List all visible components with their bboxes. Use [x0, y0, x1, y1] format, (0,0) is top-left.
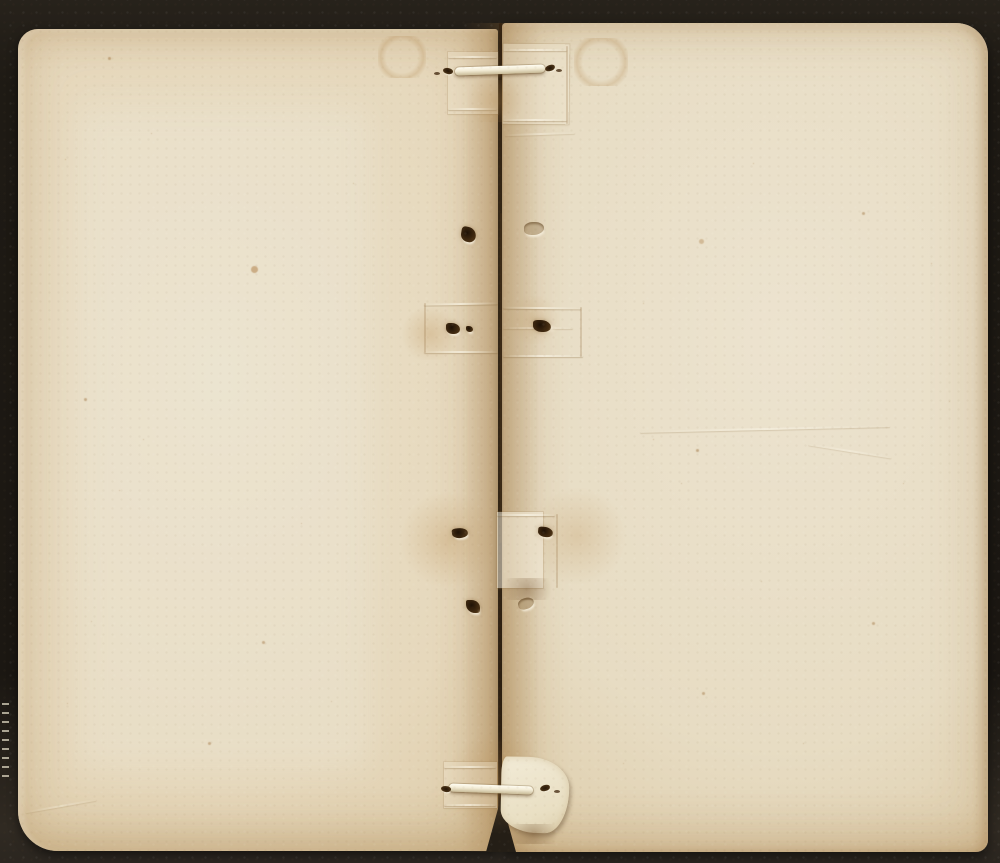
- spine-label-fragment: [2, 703, 9, 779]
- tape-crease: [503, 49, 567, 51]
- tape-crease: [444, 804, 496, 806]
- staple-mark: [556, 69, 562, 72]
- tape-edge: [424, 303, 426, 353]
- tape-repair-top-right: [503, 44, 570, 125]
- tape-crease: [497, 514, 555, 516]
- gutter-line-top: [499, 23, 502, 213]
- tape-edge: [580, 307, 582, 357]
- right-page: [502, 23, 988, 852]
- book-scan: [0, 0, 1000, 863]
- staple-mark: [554, 790, 560, 793]
- punch-hole: [446, 323, 460, 334]
- tape-crease: [503, 119, 567, 121]
- tape-crease: [448, 108, 497, 110]
- tape-repair-top-left: [448, 52, 498, 114]
- punch-hole: [533, 320, 551, 332]
- tape-crease: [503, 355, 583, 357]
- tape-crease: [448, 56, 497, 58]
- tape-edge: [556, 514, 558, 588]
- tape-crease: [424, 351, 498, 353]
- tape-edge: [566, 46, 568, 124]
- tape-crease: [444, 766, 496, 768]
- foxing-spots-right: [0, 0, 3, 3]
- foxing-spots-left: [0, 0, 3, 3]
- show-through-area: [78, 107, 370, 769]
- tape-repair-lower: [497, 512, 543, 588]
- left-page: [18, 29, 498, 851]
- punch-hole: [466, 326, 473, 332]
- tape-flap-bottom: [500, 756, 569, 833]
- gutter-line-middle: [500, 213, 502, 543]
- staple-mark: [434, 72, 440, 75]
